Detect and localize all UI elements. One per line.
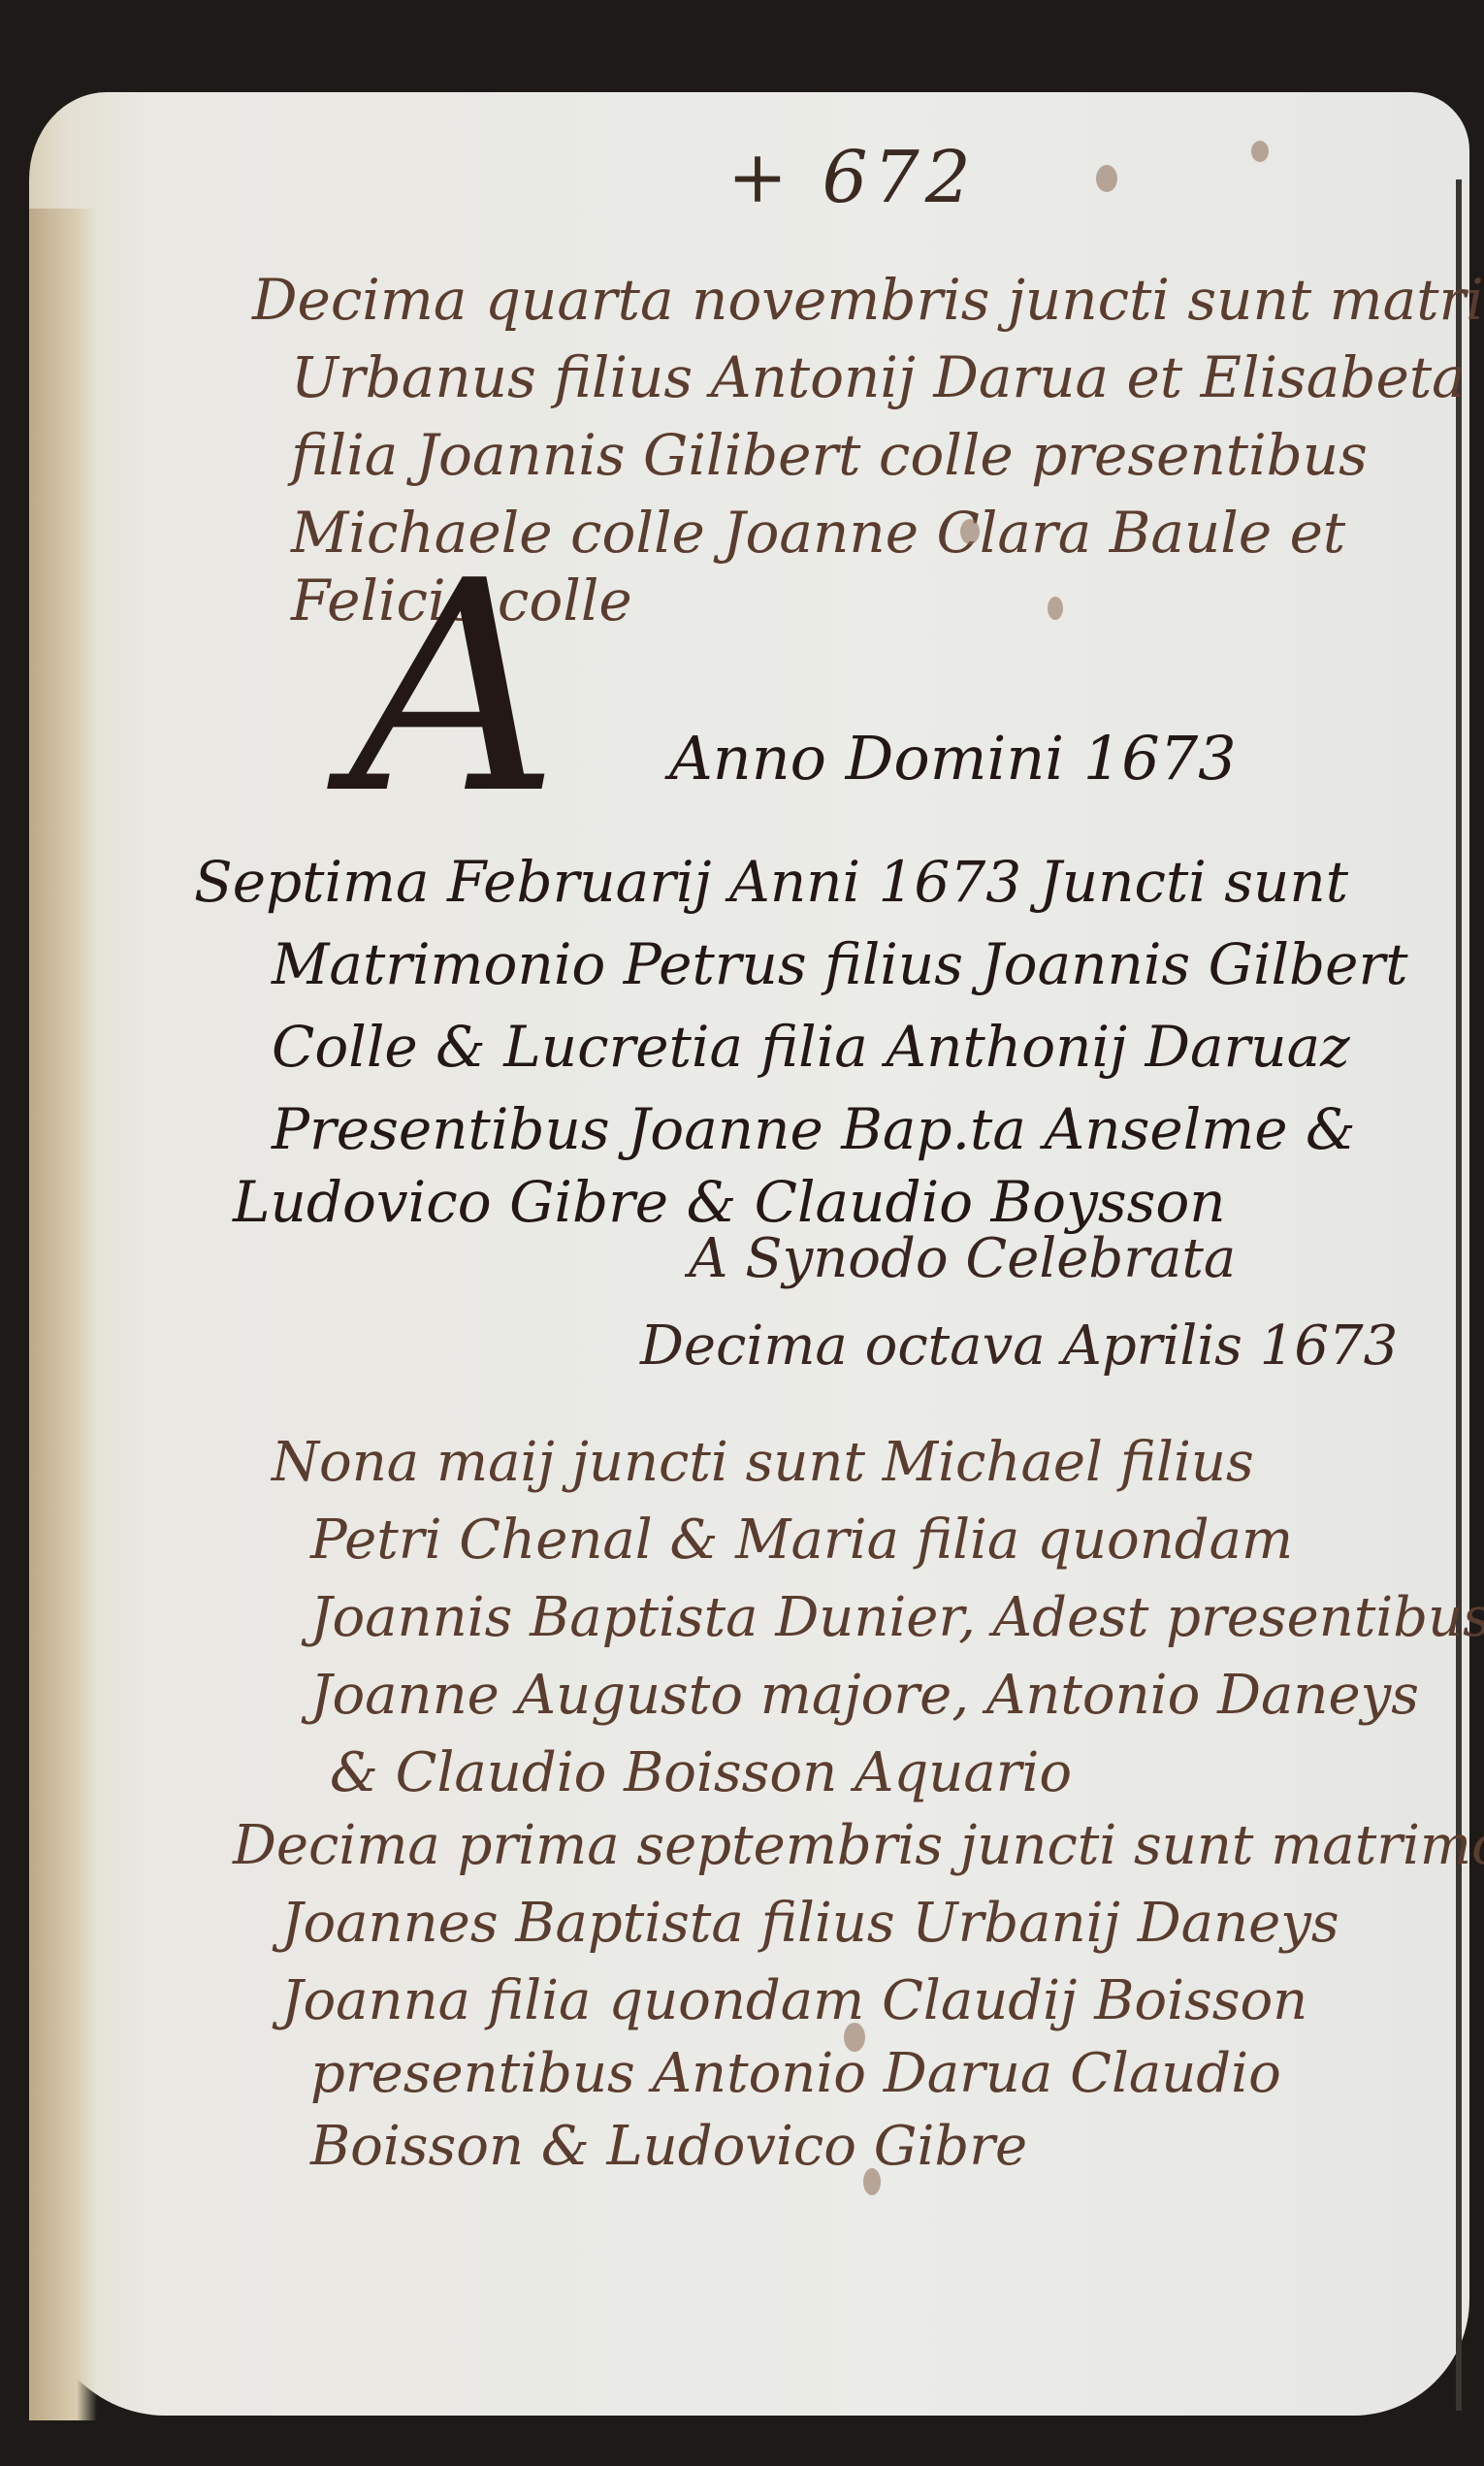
- entry-line: filia Joannis Gilibert colle presentibus: [291, 422, 1368, 488]
- entry-line: Decima prima septembris juncti sunt matr…: [233, 1814, 1484, 1877]
- manuscript-page: + 672 Decima quarta novembris juncti sun…: [29, 92, 1469, 2416]
- entry-line: Colle & Lucretia filia Anthonij Daruaz: [272, 1014, 1350, 1080]
- entry-line: Boisson & Ludovico Gibre: [310, 2115, 1027, 2178]
- binding-edge: [29, 209, 97, 2420]
- ink-stain: [863, 2168, 881, 2195]
- entry-line: & Claudio Boisson Aquario: [330, 1741, 1072, 1804]
- decorative-initial: A: [349, 519, 560, 858]
- entry-line: Joanna filia quondam Claudij Boisson: [281, 1969, 1307, 2032]
- ink-stain: [1048, 597, 1063, 620]
- entry-line: Nona maij juncti sunt Michael filius: [272, 1431, 1254, 1494]
- entry-line: Ludovico Gibre & Claudio Boysson: [233, 1169, 1226, 1235]
- entry-line: Matrimonio Petrus filius Joannis Gilbert: [272, 931, 1408, 997]
- entry-line: Petri Chenal & Maria filia quondam: [310, 1509, 1293, 1572]
- entry-line: Joannis Baptista Dunier, Adest presentib…: [310, 1586, 1484, 1649]
- synod-heading: A Synodo Celebrata: [689, 1227, 1236, 1290]
- ink-stain: [1096, 165, 1117, 192]
- entry-line: Decima quarta novembris juncti sunt matr…: [252, 267, 1484, 333]
- entry-line: Joannes Baptista filius Urbanij Daneys: [281, 1892, 1339, 1955]
- entry-line: Presentibus Joanne Bap.ta Anselme &: [272, 1096, 1356, 1162]
- ink-stain: [1251, 141, 1269, 162]
- entry-line: Urbanus filius Antonij Darua et Elisabet…: [291, 344, 1466, 410]
- entry-line: Septima Februarij Anni 1673 Juncti sunt: [194, 849, 1348, 915]
- synod-date: Decima octava Aprilis 1673: [640, 1314, 1398, 1378]
- page-edge: [1456, 179, 1462, 2411]
- year-heading: Anno Domini 1673: [669, 723, 1237, 794]
- folio-number: + 672: [727, 136, 977, 219]
- entry-line: Joanne Augusto majore, Antonio Daneys: [310, 1664, 1419, 1727]
- ink-stain: [960, 519, 980, 544]
- ink-stain: [844, 2023, 865, 2052]
- entry-line: presentibus Antonio Darua Claudio: [310, 2042, 1281, 2105]
